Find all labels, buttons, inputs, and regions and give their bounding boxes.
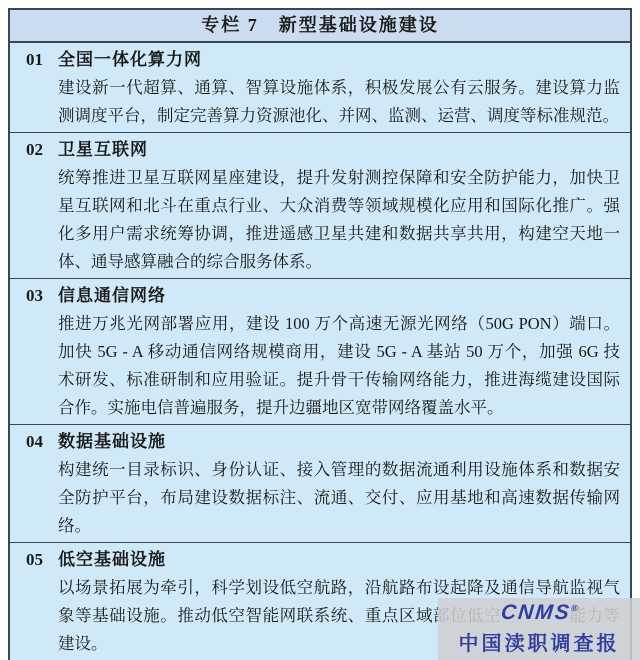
body-line: 构建统一目录标识、身份认证、接入管理的数据流通利用设施体系和数据安: [58, 456, 620, 484]
body-line: 全防护平台，布局建设数据标注、流通、交付、应用基地和高速数据传输网: [58, 484, 620, 512]
body-line: 术研发、标准研制和应用验证。提升骨干传输网络能力，推进海缆建设国际: [58, 366, 620, 394]
item-head: 02 卫星互联网: [10, 136, 630, 164]
page: { "panel": { "title": "专栏 7\u3000新型基础设施建…: [0, 0, 640, 660]
body-line: 化多用户需求统筹协调，推进遥感卫星共建和数据共享共用，构建空天地一: [58, 220, 620, 248]
body-line: 合作。实施电信普遍服务，提升边疆地区宽带网络覆盖水平。: [58, 394, 620, 422]
item-number: 03: [26, 282, 43, 310]
item-body: 推进万兆光网部署应用，建设 100 万个高速无源光网络（50G PON）端口。 …: [10, 310, 630, 422]
item-head: 05 低空基础设施: [10, 546, 630, 574]
item-title: 全国一体化算力网: [58, 50, 202, 69]
item-row-04: 04 数据基础设施 构建统一目录标识、身份认证、接入管理的数据流通利用设施体系和…: [10, 424, 630, 542]
registered-trademark-icon: ®: [571, 603, 579, 613]
item-head: 01 全国一体化算力网: [10, 46, 630, 74]
item-row-03: 03 信息通信网络 推进万兆光网部署应用，建设 100 万个高速无源光网络（50…: [10, 278, 630, 424]
cnms-logo: CNMS®: [500, 602, 579, 623]
item-body: 建设新一代超算、通算、智算设施体系，积极发展公有云服务。建设算力监 测调度平台，…: [10, 74, 630, 130]
watermark: CNMS® 中国渎职调查报: [438, 598, 640, 660]
body-line: 星互联网和北斗在重点行业、大众消费等领域规模化应用和国际化推广。强: [58, 192, 620, 220]
item-row-01: 01 全国一体化算力网 建设新一代超算、通算、智算设施体系，积极发展公有云服务。…: [10, 43, 630, 132]
item-number: 01: [26, 46, 43, 74]
cnms-logo-text: CNMS: [500, 601, 572, 624]
item-title: 数据基础设施: [58, 432, 166, 451]
item-title: 信息通信网络: [58, 286, 166, 305]
body-line: 推进万兆光网部署应用，建设 100 万个高速无源光网络（50G PON）端口。: [58, 310, 620, 338]
item-number: 05: [26, 546, 43, 574]
item-body: 构建统一目录标识、身份认证、接入管理的数据流通利用设施体系和数据安 全防护平台，…: [10, 456, 630, 540]
item-number: 04: [26, 428, 43, 456]
item-row-02: 02 卫星互联网 统筹推进卫星互联网星座建设，提升发射测控保障和安全防护能力，加…: [10, 132, 630, 278]
item-head: 04 数据基础设施: [10, 428, 630, 456]
infrastructure-box: 专栏 7 新型基础设施建设 01 全国一体化算力网 建设新一代超算、通算、智算设…: [8, 8, 632, 660]
item-title: 卫星互联网: [58, 140, 148, 159]
watermark-subtitle: 中国渎职调查报: [459, 634, 620, 654]
body-line: 加快 5G - A 移动通信网络规模商用，建设 5G - A 基站 50 万个，…: [58, 338, 620, 366]
body-line: 体、通导感算融合的综合服务体系。: [58, 248, 620, 276]
item-head: 03 信息通信网络: [10, 282, 630, 310]
body-line: 测调度平台，制定完善算力资源池化、并网、监测、运营、调度等标准规范。: [58, 102, 620, 130]
item-body: 统筹推进卫星互联网星座建设，提升发射测控保障和安全防护能力，加快卫 星互联网和北…: [10, 164, 630, 276]
body-line: 络。: [58, 512, 620, 540]
item-number: 02: [26, 136, 43, 164]
body-line: 统筹推进卫星互联网星座建设，提升发射测控保障和安全防护能力，加快卫: [58, 164, 620, 192]
body-line: 建设新一代超算、通算、智算设施体系，积极发展公有云服务。建设算力监: [58, 74, 620, 102]
box-title: 专栏 7 新型基础设施建设: [10, 10, 630, 43]
item-title: 低空基础设施: [58, 550, 166, 569]
